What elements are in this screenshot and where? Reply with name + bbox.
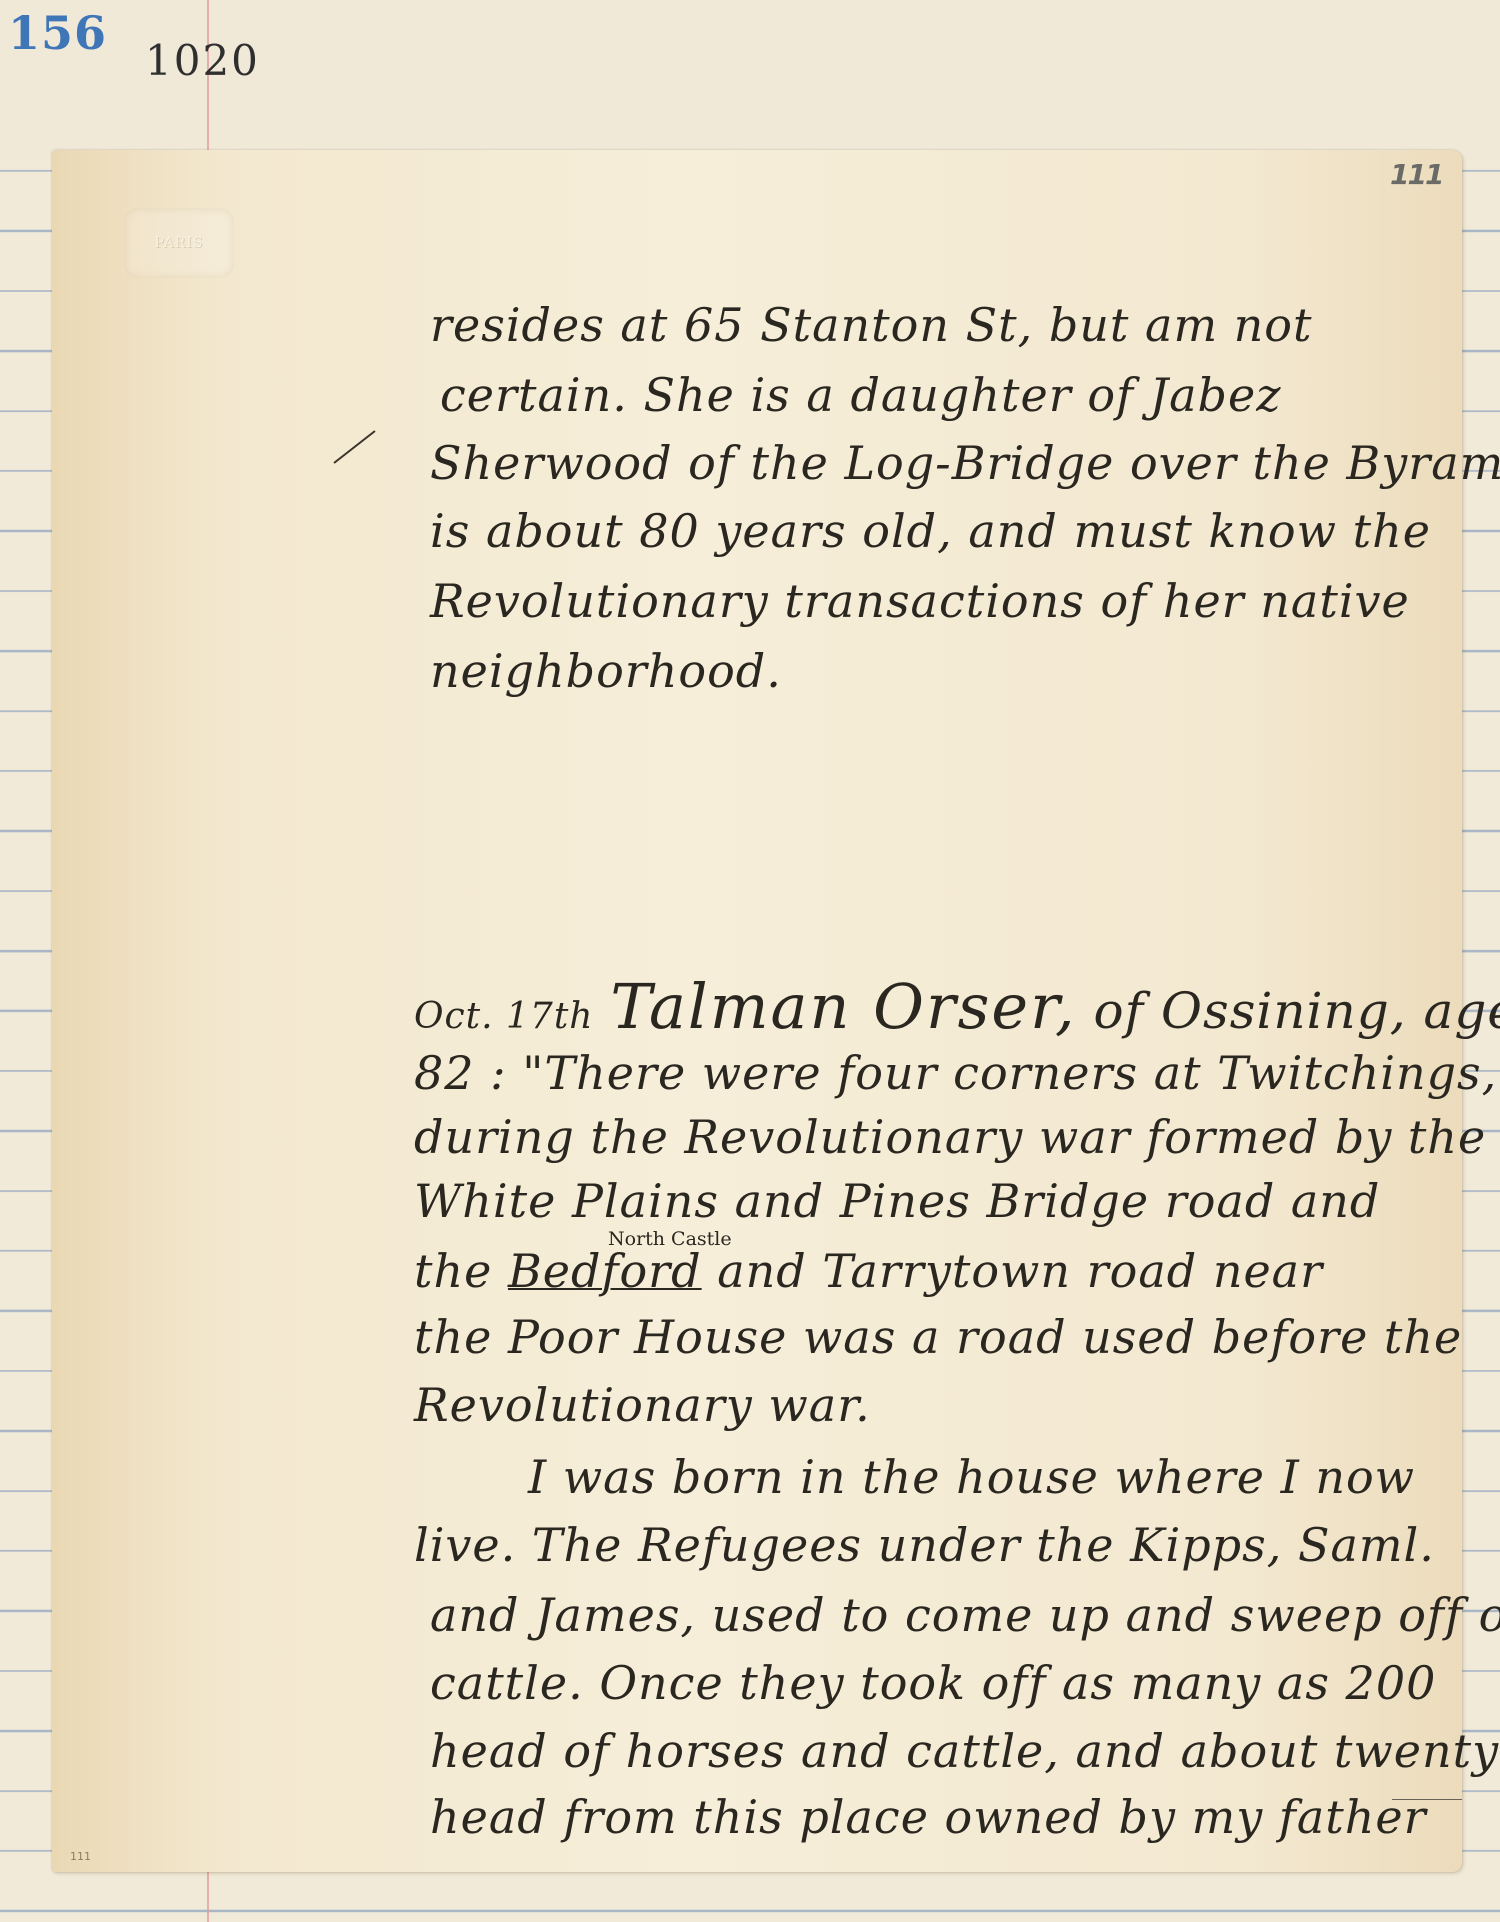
manuscript-line: and James, used to come up and sweep off… [430, 1588, 1500, 1642]
manuscript-line: I was born in the house where I now [528, 1450, 1415, 1504]
manuscript-line: head from this place owned by my father [430, 1790, 1427, 1844]
manuscript-line: live. The Refugees under the Kipps, Saml… [414, 1518, 1435, 1572]
entry-date: Oct. 17th [414, 996, 594, 1037]
entry-rest: of Ossining, aged [1077, 982, 1500, 1040]
manuscript-line: cattle. Once they took off as many as 20… [430, 1656, 1436, 1710]
manuscript-line: Sherwood of the Log-Bridge over the Byra… [430, 436, 1500, 490]
manuscript-line: during the Revolutionary war formed by t… [414, 1110, 1486, 1164]
manuscript-line: certain. She is a daughter of Jabez [440, 368, 1281, 422]
manuscript-line: the Poor House was a road used before th… [414, 1310, 1462, 1364]
page-stamp-blue: 156 [8, 6, 107, 60]
corner-mark: 111 [70, 1850, 91, 1863]
line-text-post: and Tarrytown road near [702, 1244, 1323, 1298]
manuscript-line: Revolutionary transactions of her native [430, 574, 1410, 628]
page-stamp-black: 1020 [145, 36, 260, 85]
folio-number: 111 [1390, 158, 1442, 191]
emboss-text: PARIS [155, 235, 204, 251]
manuscript-line: resides at 65 Stanton St, but am not [430, 298, 1313, 352]
manuscript-line: head of horses and cattle, and about twe… [430, 1724, 1499, 1778]
embossed-stamp: PARIS [124, 208, 234, 278]
manuscript-line: White Plains and Pines Bridge road and [414, 1174, 1380, 1228]
entry-name: Talman Orser, [610, 970, 1076, 1043]
manuscript-line: Revolutionary war. [414, 1378, 871, 1432]
pasted-manuscript-sheet: 111 PARIS 111 resides at 65 Stanton St, … [52, 150, 1462, 1872]
entry-heading: Oct. 17th Talman Orser, of Ossining, age… [414, 970, 1500, 1043]
manuscript-line: the Bedford and Tarrytown road near [414, 1244, 1323, 1298]
underlined-word: Bedford [508, 1244, 702, 1298]
line-text-pre: the [414, 1244, 508, 1298]
manuscript-line: 82 : "There were four corners at Twitchi… [414, 1046, 1497, 1100]
margin-stroke [333, 430, 375, 464]
manuscript-line: is about 80 years old, and must know the [430, 504, 1431, 558]
manuscript-line: neighborhood. [430, 644, 782, 698]
